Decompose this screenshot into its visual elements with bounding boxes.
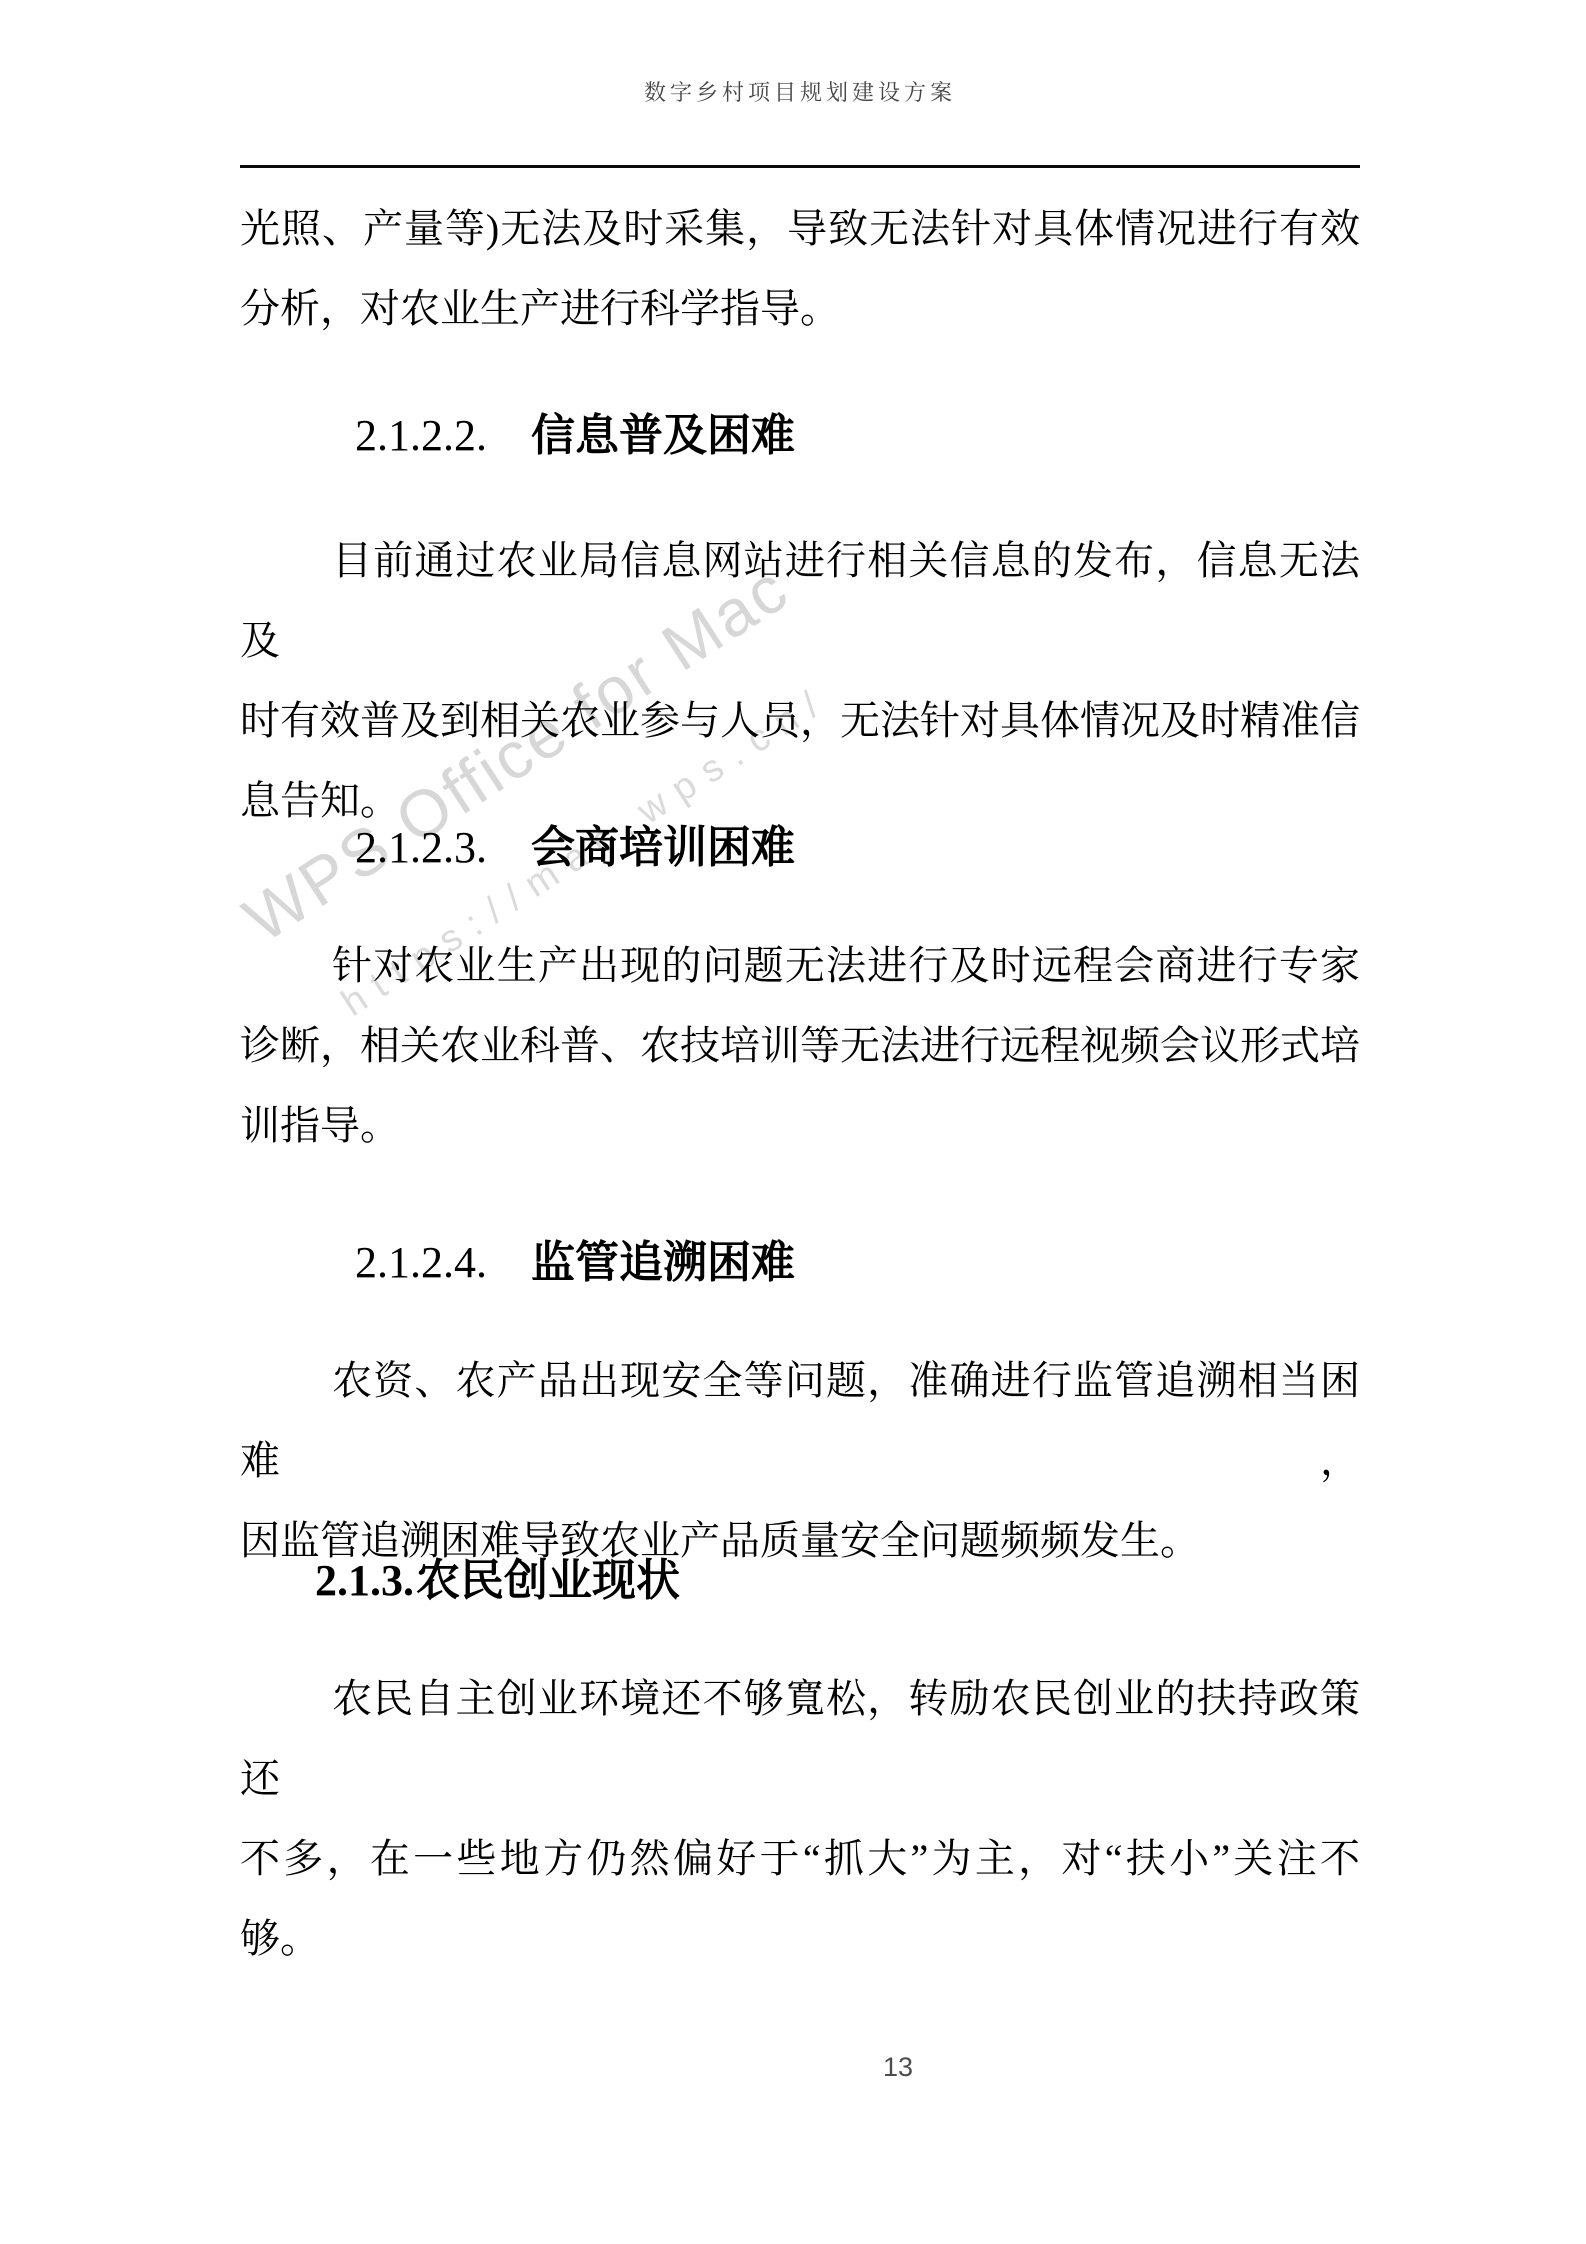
section-heading: 2.1.2.3.会商培训困难 [240, 820, 1475, 876]
text-line: 时有效普及到相关农业参与人员，无法针对具体情况及时精准信 [240, 681, 1360, 761]
section-heading: 2.1.3.农民创业现状 [240, 1553, 1435, 1609]
text-line: 训指导。 [240, 1086, 1360, 1166]
text-line: 光照、产量等)无法及时采集，导致无法针对具体情况进行有效 [240, 189, 1360, 269]
heading-number: 2.1.2.4. [355, 1238, 487, 1287]
text-line: 农民自主创业环境还不够寬松，转励农民创业的扶持政策还 [240, 1659, 1360, 1819]
paragraph: 农资、农产品出现安全等问题，准确进行监管追溯相当困难， 因监管追溯困难导致农业产… [240, 1341, 1360, 1581]
paragraph: 农民自主创业环境还不够寬松，转励农民创业的扶持政策还 不多，在一些地方仍然偏好于… [240, 1659, 1360, 1979]
header-rule-divider [240, 165, 1360, 168]
heading-title: 会商培训困难 [531, 823, 795, 872]
paragraph: 光照、产量等)无法及时采集，导致无法针对具体情况进行有效 分析，对农业生产进行科… [240, 189, 1360, 349]
heading-number: 2.1.2.2. [355, 411, 487, 460]
heading-number: 2.1.3. [315, 1556, 414, 1605]
text-line: 够。 [240, 1899, 1360, 1979]
section-heading: 2.1.2.2.信息普及困难 [240, 408, 1475, 464]
heading-title: 监管追溯困难 [531, 1238, 795, 1287]
paragraph: 针对农业生产出现的问题无法进行及时远程会商进行专家 诊断，相关农业科普、农技培训… [240, 926, 1360, 1166]
document-page: WPS Office for Mac https://mac.wps.cn/ 数… [0, 0, 1586, 2244]
text-line: 不多，在一些地方仍然偏好于“抓大”为主，对“扶小”关注不 [240, 1819, 1360, 1899]
text-line: 针对农业生产出现的问题无法进行及时远程会商进行专家 [240, 926, 1360, 1006]
heading-title: 信息普及困难 [531, 411, 795, 460]
section-heading: 2.1.2.4.监管追溯困难 [240, 1235, 1475, 1291]
paragraph: 目前通过农业局信息网站进行相关信息的发布，信息无法及 时有效普及到相关农业参与人… [240, 521, 1360, 841]
page-number: 13 [848, 2052, 948, 2083]
heading-number: 2.1.2.3. [355, 823, 487, 872]
header-title: 数字乡村项目规划建设方案 [240, 76, 1360, 107]
text-line: 分析，对农业生产进行科学指导。 [240, 269, 1360, 349]
text-line: 诊断，相关农业科普、农技培训等无法进行远程视频会议形式培 [240, 1006, 1360, 1086]
heading-title: 农民创业现状 [416, 1556, 680, 1605]
text-line: 农资、农产品出现安全等问题，准确进行监管追溯相当困难， [240, 1341, 1360, 1501]
text-line: 目前通过农业局信息网站进行相关信息的发布，信息无法及 [240, 521, 1360, 681]
